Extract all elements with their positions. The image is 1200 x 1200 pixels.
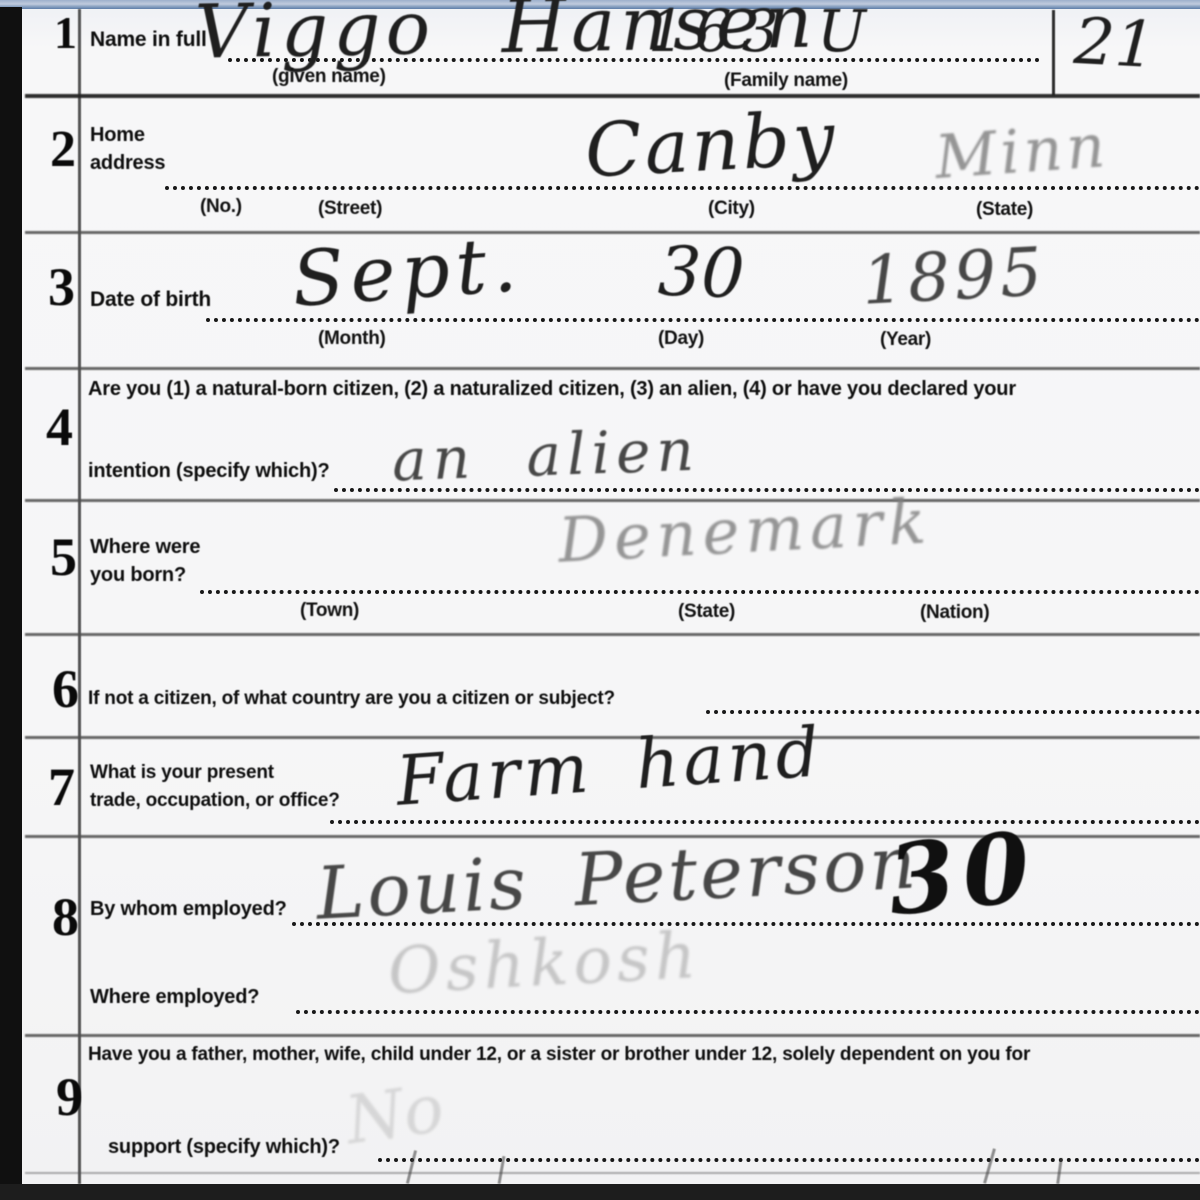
home-address-label-1: Home [90, 124, 145, 147]
birth-day-handwriting: 30 [657, 239, 746, 310]
born-answer-handwriting: Denemark [557, 490, 934, 571]
row-number-7: 7 [48, 756, 75, 818]
year-sublabel: (Year) [880, 329, 931, 351]
row-number-3: 3 [48, 256, 75, 318]
serial-code-handwriting: 163 U [648, 2, 876, 60]
where-employed-handwriting: Oshkosh [387, 924, 703, 1004]
row-separator [25, 367, 1200, 370]
where-employed-label: Where employed? [90, 986, 259, 1009]
birth-month-handwriting: Sept. [290, 226, 525, 318]
town-sublabel: (Town) [300, 600, 359, 622]
dependents-question-line1: Have you a father, mother, wife, child u… [88, 1044, 1030, 1066]
stray-pen-mark [406, 1150, 417, 1184]
where-born-label-2: you born? [90, 564, 186, 587]
row-number-5: 5 [50, 526, 77, 588]
where-born-label-1: Where were [90, 536, 200, 559]
country-question: If not a citizen, of what country are yo… [88, 688, 615, 710]
no-sublabel: (No.) [200, 196, 242, 218]
home-address-label-2: address [90, 152, 165, 175]
name-in-full-label: Name in full [90, 28, 207, 52]
street-sublabel: (Street) [318, 198, 382, 220]
day-sublabel: (Day) [658, 328, 704, 350]
row-number-8: 8 [52, 886, 79, 948]
city-sublabel: (City) [708, 198, 755, 220]
where-employed-answer-line [296, 1010, 1200, 1014]
trade-label-1: What is your present [90, 762, 274, 784]
family-name-sublabel: (Family name) [724, 70, 848, 92]
by-whom-employed-label: By whom employed? [90, 898, 287, 921]
row-separator [25, 633, 1200, 636]
row-number-6: 6 [52, 658, 79, 720]
country-answer-line [706, 710, 1200, 714]
row-number-4: 4 [46, 396, 73, 458]
state-handwriting: Minn [933, 116, 1111, 188]
faint-bottom-rule [25, 1172, 1200, 1174]
row-number-1: 1 [54, 6, 77, 59]
city-handwriting: Canby [583, 101, 839, 188]
scan-bottom-black-border [0, 1184, 1200, 1200]
trade-answer-line [330, 820, 1200, 824]
order-number-divider [1052, 10, 1055, 96]
nation-sublabel: (Nation) [920, 602, 989, 624]
dependents-answer-handwriting: No [342, 1076, 448, 1155]
row-number-9: 9 [56, 1066, 83, 1128]
trade-answer-handwriting: Farm hand [394, 719, 825, 817]
scan-left-black-border [0, 7, 22, 1200]
scanned-form-page: 1 Name in full Viggo Hansen 163 U 21 (gi… [0, 0, 1200, 1200]
born-state-sublabel: (State) [678, 601, 735, 623]
row-separator [25, 1034, 1200, 1037]
citizenship-answer-handwriting: an alien [391, 421, 701, 490]
birth-year-handwriting: 1895 [860, 239, 1047, 315]
state-sublabel: (State) [976, 199, 1033, 221]
row-separator [25, 94, 1200, 98]
order-number-handwriting: 21 [1072, 10, 1157, 78]
given-name-sublabel: (given name) [272, 66, 386, 88]
citizenship-question-line2: intention (specify which)? [88, 460, 329, 483]
row-number-2: 2 [50, 120, 76, 179]
born-answer-line [200, 590, 1200, 594]
trade-label-2: trade, occupation, or office? [90, 790, 340, 812]
number-column-divider [78, 9, 81, 1184]
wage-handwriting: 30 [883, 818, 1042, 929]
stray-pen-mark [983, 1148, 996, 1183]
dependents-question-line2: support (specify which)? [108, 1136, 340, 1159]
employer-handwriting: Louis Peterson [315, 826, 921, 929]
date-of-birth-label: Date of birth [90, 288, 211, 312]
month-sublabel: (Month) [318, 328, 386, 350]
citizenship-question-line1: Are you (1) a natural-born citizen, (2) … [88, 378, 1016, 401]
